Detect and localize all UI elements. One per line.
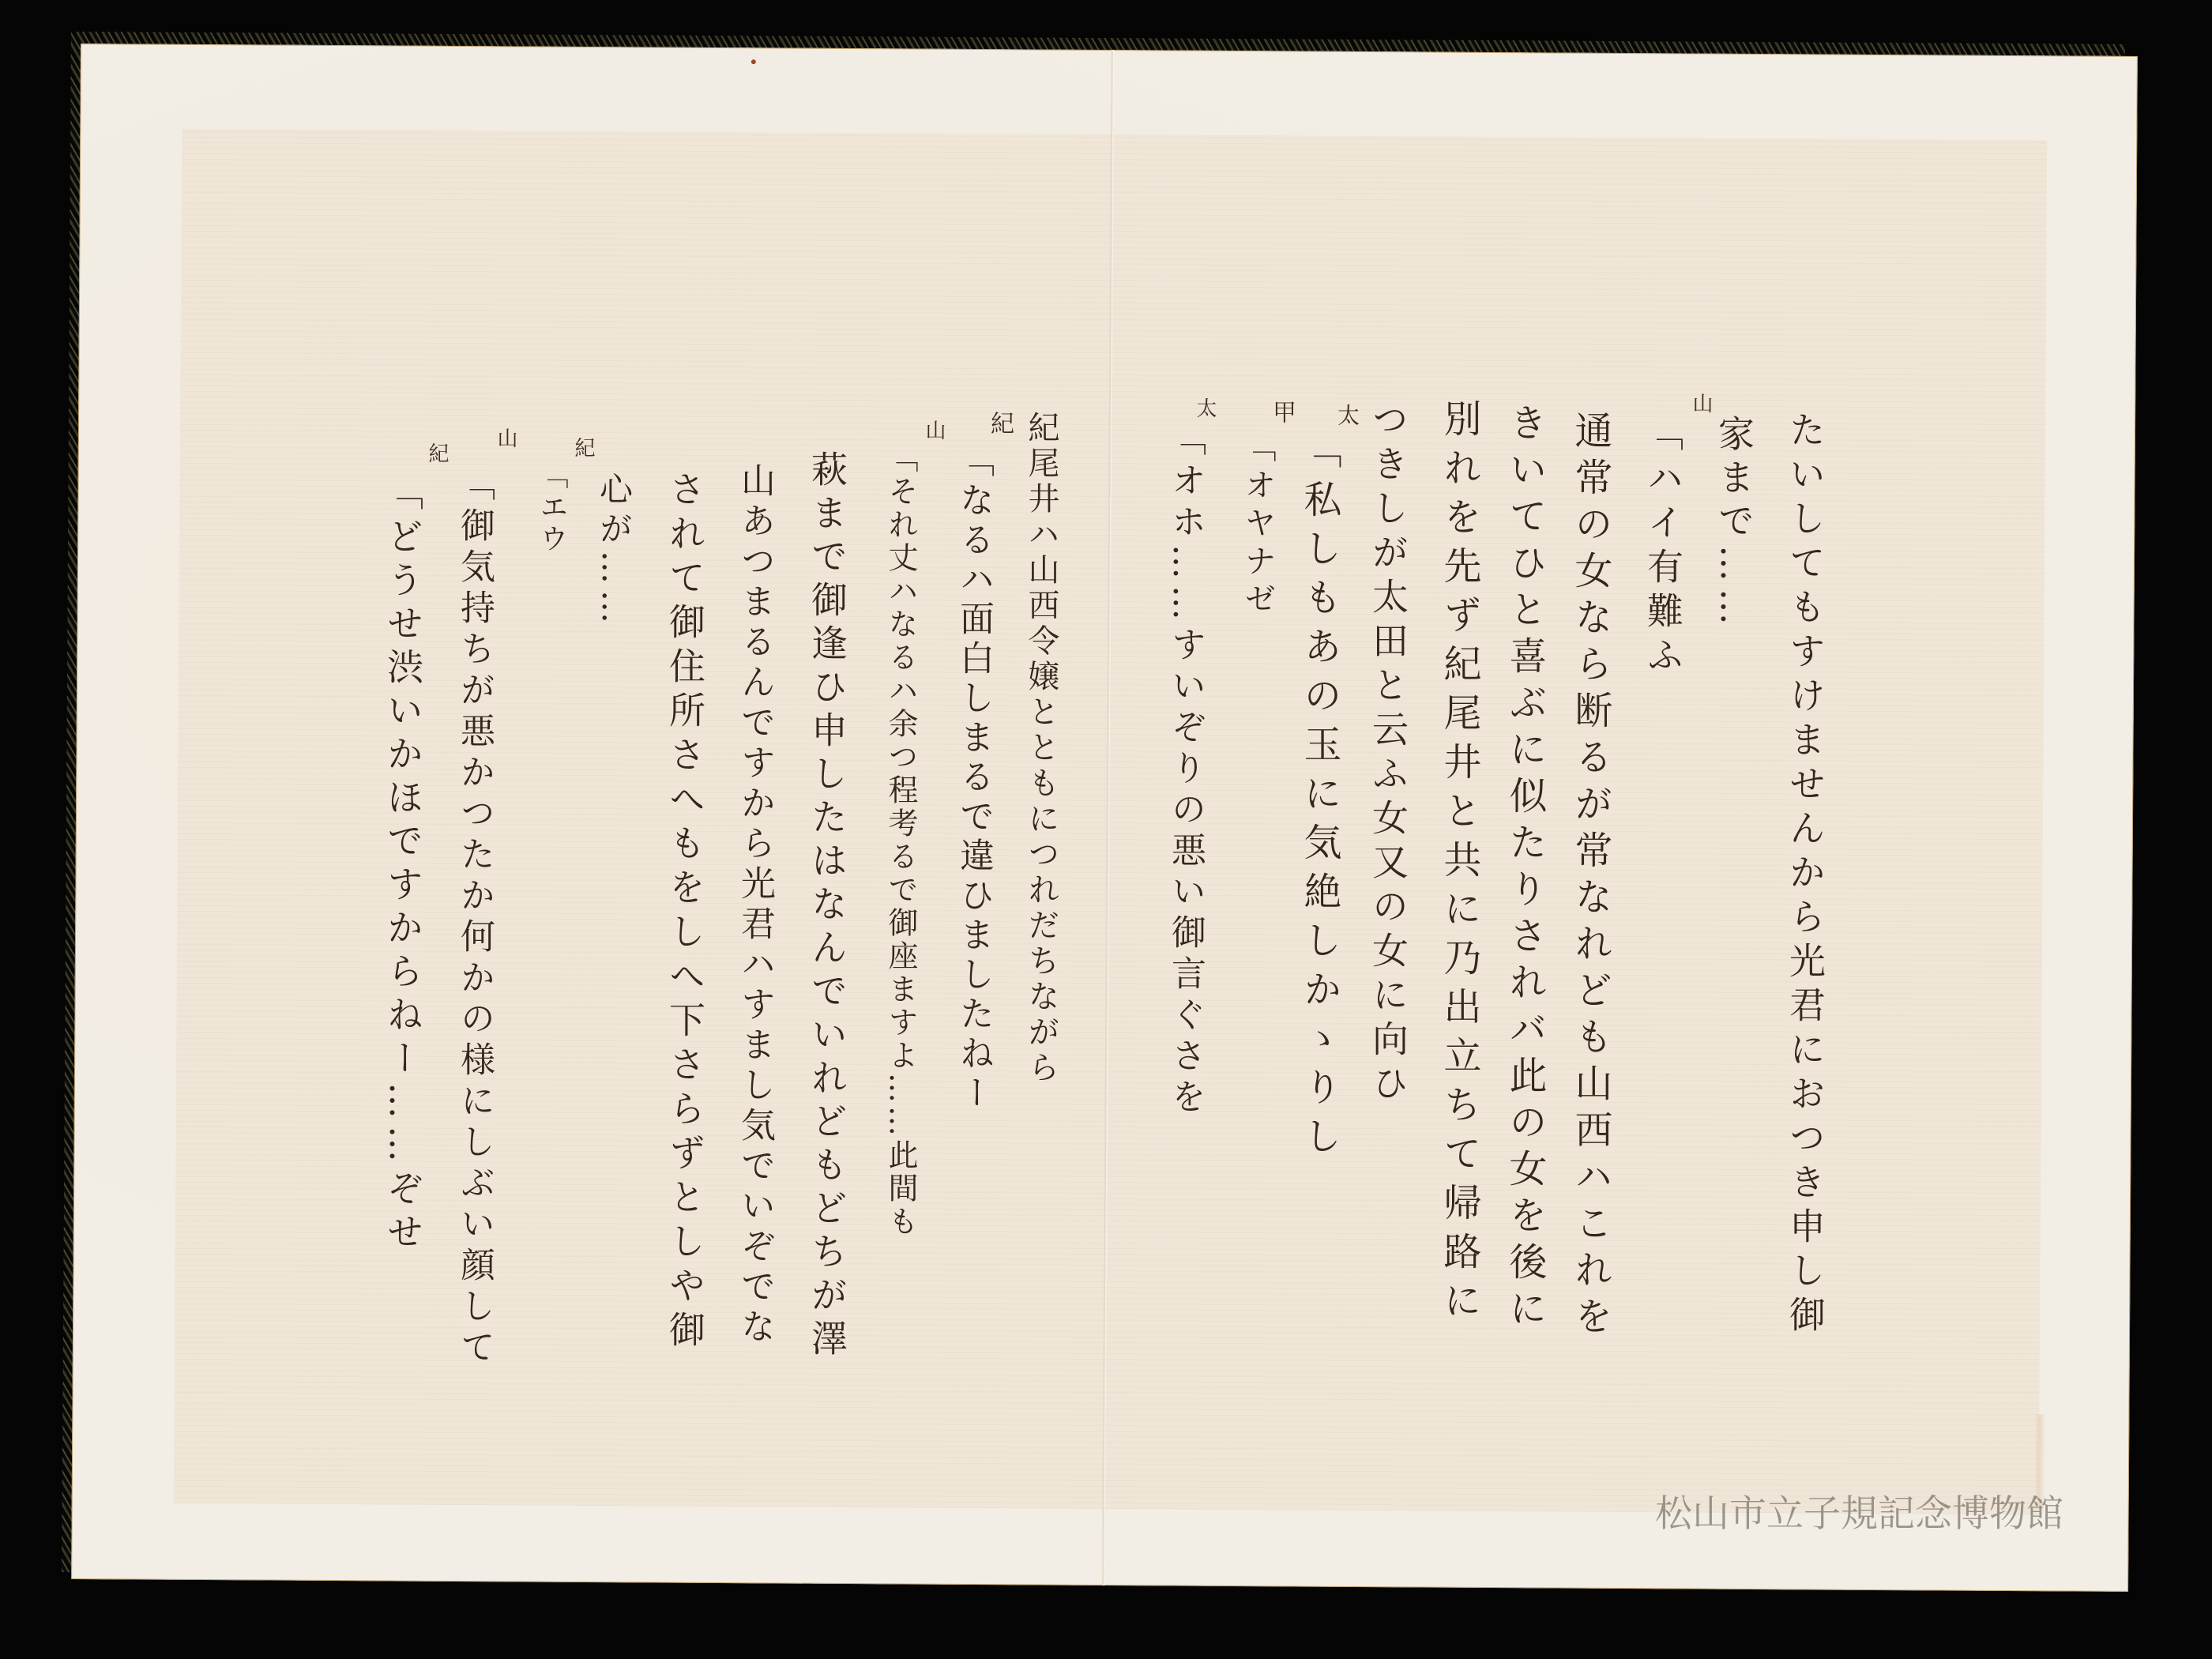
speaker-label: 紀 xyxy=(573,437,593,457)
speaker-label: 甲 xyxy=(1270,400,1293,423)
dialogue-text: 「オホ……すいぞりの悪い御言ぐさを xyxy=(1168,421,1202,1119)
speaker-label: 山 xyxy=(495,427,516,448)
document-photo: たいしてもすけませんから光君におつき申し御 家まで…… 山 「ハイ有難ふ 通常の… xyxy=(0,0,2212,1659)
manuscript-column: 萩まで御逢ひ申したはなんでいれどもどちが澤 xyxy=(809,450,845,1363)
speaker-label: 山 xyxy=(924,419,944,440)
dialogue-text: 「私しもあの玉に気絶しかゝりし xyxy=(1300,431,1338,1165)
manuscript-column: きいてひと喜ぶに似たりされバ此の女を後に xyxy=(1506,403,1544,1335)
dialogue-text: 「ハイ有難ふ xyxy=(1645,415,1681,680)
manuscript-column: つきしが太田と云ふ女又の女に向ひ xyxy=(1370,401,1406,1108)
speaker-label: 山 xyxy=(1691,393,1711,413)
manuscript-column: 別れを先ず紀尾井と共に乃出立ちて帰路に xyxy=(1440,399,1478,1330)
manuscript-column: たいしてもすけませんから光君におつき申し御 xyxy=(1787,411,1823,1340)
ink-spot xyxy=(751,59,756,64)
manuscript-column: 紀尾井ハ山西令嬢とともにつれだちながら xyxy=(1025,411,1057,1086)
museum-watermark: 松山市立子規記念博物館 xyxy=(1655,1495,2063,1533)
speaker-label: 太 xyxy=(1336,404,1358,426)
dialogue-text: 「エウ xyxy=(537,461,566,555)
dialogue-text: 「それ丈ハなるハ余つ程考るで御座ますよ……此間も xyxy=(886,442,916,1239)
manuscript-column: されて御住所さへもをしへ下さらずとしや御 xyxy=(667,470,703,1355)
speaker-label: 太 xyxy=(1194,397,1215,418)
speaker-label: 紀 xyxy=(427,442,447,463)
dialogue-text: 「オヤナゼ xyxy=(1242,431,1273,620)
manuscript-column: 家まで…… xyxy=(1716,415,1752,632)
speaker-label: 紀 xyxy=(987,411,1011,434)
manuscript-column: 心が…… xyxy=(597,472,630,630)
manuscript-column: 通常の女なら断るが常なれども山西ハこれを xyxy=(1571,411,1609,1343)
manuscript-column: 山あつまるんですから光君ハすまし気でいぞでな xyxy=(737,462,772,1349)
dialogue-text: 「御気持ちが悪かつたか何かの様にしぶい顔して xyxy=(457,466,491,1370)
dialogue-text: 「なるハ面白しまるで違ひましたねー xyxy=(956,442,991,1114)
dialogue-text: 「どうせ渋いかほですからねー……ぞせ xyxy=(385,474,421,1256)
